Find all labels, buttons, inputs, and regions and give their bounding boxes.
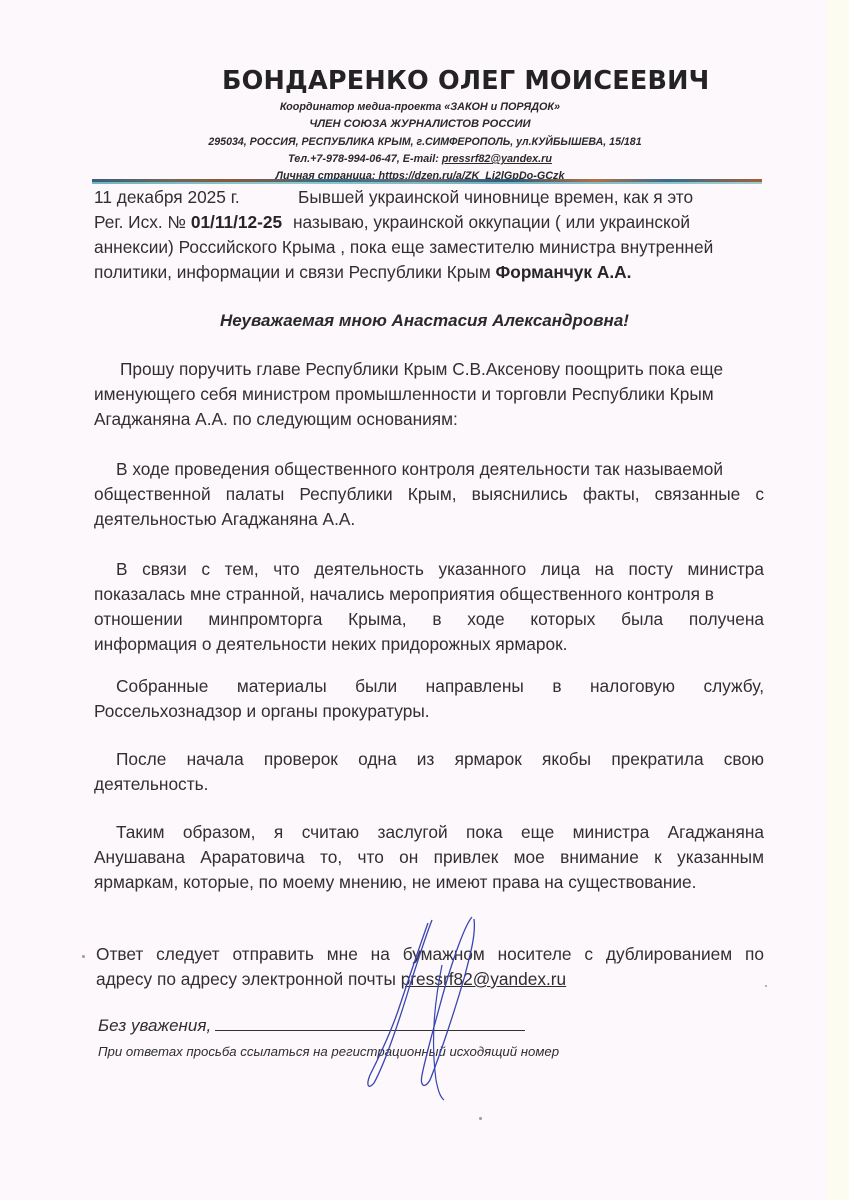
paragraph-4-line-1: Собранные материалы были направлены в на… [116, 676, 764, 697]
letter-date: 11 декабря 2025 г. [94, 187, 240, 207]
letterhead-divider [92, 179, 762, 185]
scan-speck [765, 985, 767, 987]
author-name: БОНДАРЕНКО ОЛЕГ МОИСЕЕВИЧ [222, 66, 662, 96]
paragraph-3-line-4: информация о деятельности неких придорож… [94, 634, 567, 655]
salutation: Неуважаемая мною Анастасия Александровна… [0, 311, 849, 331]
paragraph-6-line-1: Таким образом, я считаю заслугой пока ещ… [116, 822, 764, 843]
paragraph-2-line-2: общественной палаты Республики Крым, выя… [94, 484, 764, 505]
reg-line: Рег. Исх. № 01/11/12-25 называю, украинс… [94, 212, 690, 233]
paragraph-7-line-1: Ответ следует отправить мне на бумажном … [96, 944, 764, 965]
author-role: Координатор медиа-проекта «ЗАКОН и ПОРЯД… [170, 101, 670, 113]
date-line: 11 декабря 2025 г. Бывшей украинской чин… [94, 187, 240, 208]
addressee-line-4: политики, информации и связи Республики … [94, 262, 631, 283]
paragraph-3-line-1: В связи с тем, что деятельность указанно… [116, 559, 764, 580]
scan-edge [827, 0, 849, 1200]
signature-line [215, 1016, 525, 1031]
paragraph-5-line-2: деятельность. [94, 774, 208, 795]
paragraph-2-line-1: В ходе проведения общественного контроля… [116, 459, 723, 480]
scan-speck [82, 955, 85, 958]
divider-bottom-rule [92, 182, 762, 184]
footnote: При ответах просьба ссылаться на регистр… [98, 1044, 559, 1059]
addressee-line-2: называю, украинской оккупации ( или укра… [293, 212, 690, 232]
closing-text: Без уважения, [98, 1016, 211, 1035]
paragraph-1-line-3: Агаджаняна А.А. по следующим основаниям: [94, 409, 458, 430]
paragraph-2-line-3: деятельностью Агаджаняна А.А. [94, 509, 355, 530]
phone-text: Тел.+7-978-994-06-47, E-mail: [288, 153, 442, 165]
paragraph-1-line-2: именующего себя министром промышленности… [94, 384, 714, 405]
addressee-line-1: Бывшей украинской чиновнице времен, как … [298, 187, 693, 208]
paragraph-7-line-2: адресу по адресу электронной почты press… [96, 969, 566, 990]
closing: Без уважения, [98, 1016, 525, 1036]
reg-label: Рег. Исх. № [94, 212, 191, 232]
reg-number: 01/11/12-25 [191, 212, 282, 232]
paragraph-5-line-1: После начала проверок одна из ярмарок як… [116, 749, 764, 770]
paragraph-1-line-1: Прошу поручить главе Республики Крым С.В… [120, 359, 723, 380]
author-membership: ЧЛЕН СОЮЗА ЖУРНАЛИСТОВ РОССИИ [170, 118, 670, 130]
author-contact: Тел.+7-978-994-06-47, E-mail: pressrf82@… [170, 153, 670, 165]
paragraph-6-line-2: Анушавана Араратовича то, что он привлек… [94, 847, 764, 868]
addressee-line-3: аннексии) Российского Крыма , пока еще з… [94, 237, 713, 258]
paragraph-4-line-2: Россельхознадзор и органы прокуратуры. [94, 701, 430, 722]
scan-speck [479, 1117, 482, 1120]
paragraph-3-line-3: отношении минпромторга Крыма, в ходе кот… [94, 609, 764, 630]
addressee-name: Форманчук А.А. [496, 262, 632, 282]
paragraph-7-line-2-text: адресу по адресу электронной почты [96, 969, 401, 989]
author-address: 295034, РОССИЯ, РЕСПУБЛИКА КРЫМ, г.СИМФЕ… [200, 136, 650, 148]
paragraph-6-line-3: ярмаркам, которые, по моему мнению, не и… [94, 872, 696, 893]
email-link[interactable]: pressrf82@yandex.ru [442, 153, 552, 165]
reply-email-link[interactable]: pressrf82@yandex.ru [401, 969, 566, 989]
paragraph-3-line-2: показалась мне странной, начались меропр… [94, 584, 714, 605]
addressee-line-4-text: политики, информации и связи Республики … [94, 262, 496, 282]
